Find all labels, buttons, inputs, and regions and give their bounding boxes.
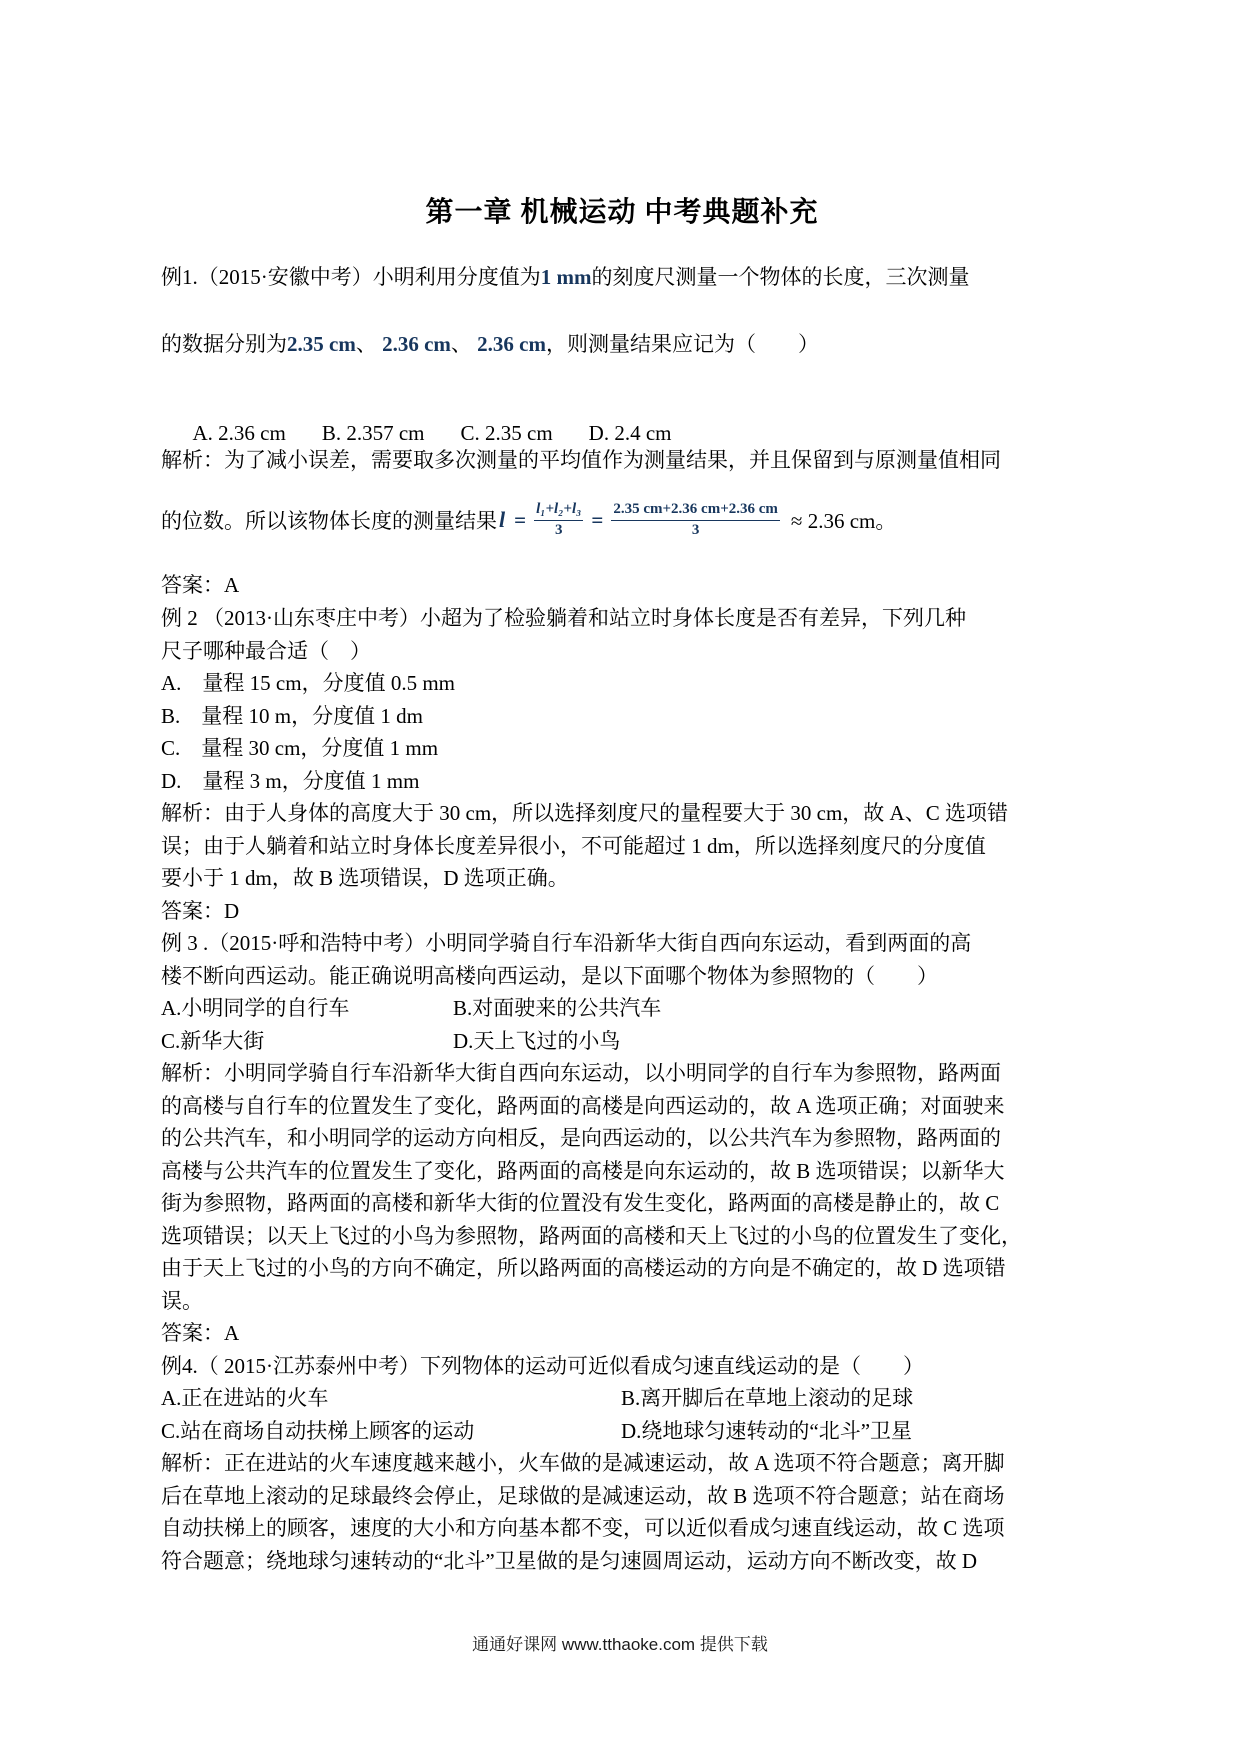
ex3-analysis-line-3: 的公共汽车，和小明同学的运动方向相反，是向西运动的，以公共汽车为参照物，路两面的 <box>161 1122 1083 1155</box>
formula-result: ≈ 2.36 cm。 <box>791 505 896 535</box>
ex1-answer: 答案：A <box>161 569 1083 599</box>
ex1-option-a: A. 2.36 cm <box>193 421 286 445</box>
ex3-analysis-line-8: 误。 <box>161 1285 1083 1318</box>
ex1-q1-text-b: 的刻度尺测量一个物体的长度，三次测量 <box>592 265 970 289</box>
ex3-option-d: D.天上飞过的小鸟 <box>453 1029 620 1053</box>
formula-fraction-1: l₁+l₂+l₃3 <box>534 500 583 540</box>
ex1-analysis-formula-line: 的位数。所以该物体长度的测量结果l=l₁+l₂+l₃3=2.35 cm+2.36… <box>161 489 1083 551</box>
ex1-question-line-1: 例1.（2015·安徽中考）小明利用分度值为1 mm的刻度尺测量一个物体的长度，… <box>161 261 1083 291</box>
formula-fraction-1-numerator: l₁+l₂+l₃ <box>534 500 583 521</box>
ex4-option-row-cd: C.站在商场自动扶梯上顾客的运动D.绕地球匀速转动的“北斗”卫星 <box>161 1415 1083 1448</box>
ex4-option-a: A.正在进站的火车 <box>161 1382 621 1415</box>
ex4-option-c: C.站在商场自动扶梯上顾客的运动 <box>161 1415 621 1448</box>
ex2-option-c: C. 量程 30 cm，分度值 1 mm <box>161 732 1083 765</box>
ex4-analysis-line-2: 后在草地上滚动的足球最终会停止，足球做的是减速运动，故 B 选项不符合题意；站在… <box>161 1480 1083 1513</box>
ex3-analysis-line-4: 高楼与公共汽车的位置发生了变化，路两面的高楼是向东运动的，故 B 选项错误；以新… <box>161 1155 1083 1188</box>
ex3-option-c: C.新华大街 <box>161 1025 453 1058</box>
ex4-analysis-line-4: 符合题意；绕地球匀速转动的“北斗”卫星做的是匀速圆周运动，运动方向不断改变，故 … <box>161 1545 1083 1578</box>
ex3-option-a: A.小明同学的自行车 <box>161 992 453 1025</box>
ex3-analysis-line-1: 解析：小明同学骑自行车沿新华大街自西向东运动，以小明同学的自行车为参照物，路两面 <box>161 1057 1083 1090</box>
ex3-option-row-ab: A.小明同学的自行车B.对面驶来的公共汽车 <box>161 992 1083 1025</box>
examples-2-4-block: 例 2 （2013·山东枣庄中考）小超为了检验躺着和站立时身体长度是否有差异，下… <box>161 602 1083 1577</box>
ex4-analysis-line-3: 自动扶梯上的顾客，速度的大小和方向基本都不变，可以近似看成匀速直线运动，故 C … <box>161 1512 1083 1545</box>
page-footer: 通通好课网 www.tthaoke.com 提供下载 <box>0 1630 1240 1655</box>
ex1-analysis-line-2-prefix: 的位数。所以该物体长度的测量结果 <box>161 505 497 535</box>
ex1-analysis-line-1: 解析：为了减小误差，需要取多次测量的平均值作为测量结果，并且保留到与原测量值相同 <box>161 444 1083 474</box>
page-title: 第一章 机械运动 中考典题补充 <box>161 190 1083 230</box>
ex1-option-d: D. 2.4 cm <box>589 421 672 445</box>
ex3-question-line-1: 例 3 .（2015·呼和浩特中考）小明同学骑自行车沿新华大街自西向东运动，看到… <box>161 927 1083 960</box>
ex2-question-line-1: 例 2 （2013·山东枣庄中考）小超为了检验躺着和站立时身体长度是否有差异，下… <box>161 602 1083 635</box>
ex1-q2-value-1: 2.35 cm <box>287 332 356 356</box>
ex1-option-b: B. 2.357 cm <box>322 421 425 445</box>
ex3-question-line-2: 楼不断向西运动。能正确说明高楼向西运动，是以下面哪个物体为参照物的（ ） <box>161 960 1083 993</box>
ex4-analysis-line-1: 解析：正在进站的火车速度越来越小，火车做的是减速运动，故 A 选项不符合题意；离… <box>161 1447 1083 1480</box>
document-page: 第一章 机械运动 中考典题补充 例1.（2015·安徽中考）小明利用分度值为1 … <box>0 0 1240 1754</box>
ex2-option-a: A. 量程 15 cm，分度值 0.5 mm <box>161 667 1083 700</box>
formula-equals-1: = <box>514 508 526 533</box>
ex3-analysis-line-5: 街为参照物，路两面的高楼和新华大街的位置没有发生变化，路两面的高楼是静止的，故 … <box>161 1187 1083 1220</box>
ex3-option-b: B.对面驶来的公共汽车 <box>453 996 661 1020</box>
ex3-analysis-line-6: 选项错误；以天上飞过的小鸟为参照物，路两面的高楼和天上飞过的小鸟的位置发生了变化… <box>161 1220 1083 1253</box>
ex4-option-d: D.绕地球匀速转动的“北斗”卫星 <box>621 1419 912 1443</box>
formula-fraction-2-numerator: 2.35 cm+2.36 cm+2.36 cm <box>611 500 780 521</box>
ex3-analysis-line-7: 由于天上飞过的小鸟的方向不确定，所以路两面的高楼运动的方向是不确定的，故 D 选… <box>161 1252 1083 1285</box>
ex1-q2-sep-2: 、 <box>451 332 477 356</box>
formula-fraction-2-denominator: 3 <box>692 521 700 541</box>
ex2-question-line-2: 尺子哪种最合适（ ） <box>161 635 1083 668</box>
ex2-analysis-line-2: 误；由于人躺着和站立时身体长度差异很小，不可能超过 1 dm，所以选择刻度尺的分… <box>161 830 1083 863</box>
ex1-q2-text-b: ，则测量结果应记为（ ） <box>546 332 819 356</box>
formula-variable-l: l <box>499 507 505 533</box>
ex2-answer: 答案：D <box>161 895 1083 928</box>
ex2-analysis-line-3: 要小于 1 dm，故 B 选项错误，D 选项正确。 <box>161 862 1083 895</box>
ex1-q1-value-1mm: 1 mm <box>541 265 592 289</box>
ex3-answer: 答案：A <box>161 1317 1083 1350</box>
document-body: 第一章 机械运动 中考典题补充 例1.（2015·安徽中考）小明利用分度值为1 … <box>161 0 1083 1754</box>
ex3-option-row-cd: C.新华大街D.天上飞过的小鸟 <box>161 1025 1083 1058</box>
ex1-q1-text-a: 例1.（2015·安徽中考）小明利用分度值为 <box>161 265 541 289</box>
ex1-q2-text-a: 的数据分别为 <box>161 332 287 356</box>
formula-fraction-2: 2.35 cm+2.36 cm+2.36 cm3 <box>611 500 780 540</box>
ex4-question-line-1: 例4.（ 2015·江苏泰州中考）下列物体的运动可近似看成匀速直线运动的是（ ） <box>161 1350 1083 1383</box>
ex2-option-b: B. 量程 10 m，分度值 1 dm <box>161 700 1083 733</box>
ex2-option-d: D. 量程 3 m，分度值 1 mm <box>161 765 1083 798</box>
formula-equals-2: = <box>591 508 603 533</box>
ex3-analysis-line-2: 的高楼与自行车的位置发生了变化，路两面的高楼是向西运动的，故 A 选项正确；对面… <box>161 1090 1083 1123</box>
ex1-option-c: C. 2.35 cm <box>461 421 553 445</box>
ex4-option-row-ab: A.正在进站的火车B.离开脚后在草地上滚动的足球 <box>161 1382 1083 1415</box>
ex1-q2-value-2: 2.36 cm <box>382 332 451 356</box>
ex2-analysis-line-1: 解析：由于人身体的高度大于 30 cm，所以选择刻度尺的量程要大于 30 cm，… <box>161 797 1083 830</box>
ex1-q2-value-3: 2.36 cm <box>477 332 546 356</box>
ex4-option-b: B.离开脚后在草地上滚动的足球 <box>621 1386 913 1410</box>
ex1-q2-sep-1: 、 <box>356 332 382 356</box>
ex1-question-line-2: 的数据分别为2.35 cm、 2.36 cm、 2.36 cm，则测量结果应记为… <box>161 328 1083 358</box>
formula-fraction-1-denominator: 3 <box>555 521 563 541</box>
